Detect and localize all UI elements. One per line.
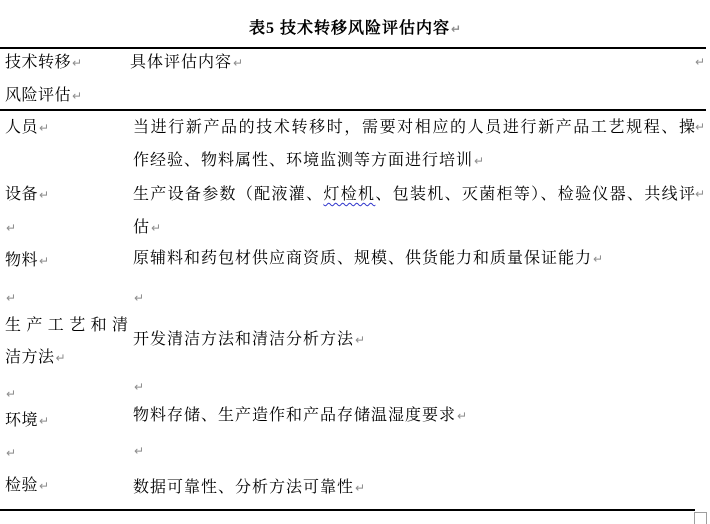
paragraph-mark: ↵ bbox=[39, 479, 49, 493]
table-header-border bbox=[0, 109, 706, 111]
end-of-row-mark: ↵ bbox=[695, 120, 705, 134]
table-top-border bbox=[0, 47, 706, 49]
row-content-personnel-line2: 作经验、物料属性、环境监测等方面进行培训↵ bbox=[133, 151, 484, 171]
empty-paragraph-col1: ↵ bbox=[5, 218, 16, 238]
row-content-environment: 物料存储、生产造作和产品存储温湿度要求↵ bbox=[133, 406, 467, 426]
header-col2-text: 具体评估内容 bbox=[130, 54, 232, 71]
paragraph-mark: ↵ bbox=[39, 121, 49, 135]
row-label-process-line2: 洁方法↵ bbox=[5, 348, 66, 368]
row-label-inspection: 检验↵ bbox=[5, 476, 49, 496]
row-content-equipment-line2: 估↵ bbox=[133, 218, 161, 238]
paragraph-mark: ↵ bbox=[457, 409, 467, 423]
paragraph-mark: ↵ bbox=[56, 351, 66, 365]
row-content-process: 开发清洁方法和清洁分析方法↵ bbox=[133, 330, 365, 350]
row-label-equipment: 设备↵ bbox=[5, 185, 49, 205]
paragraph-mark: ↵ bbox=[134, 444, 144, 458]
row-label-environment: 环境↵ bbox=[5, 411, 49, 431]
paragraph-mark: ↵ bbox=[355, 333, 365, 347]
paragraph-mark: ↵ bbox=[593, 252, 603, 266]
empty-paragraph-col1: ↵ bbox=[5, 384, 16, 404]
empty-paragraph-col1: ↵ bbox=[5, 288, 16, 308]
row-content-inspection: 数据可靠性、分析方法可靠性↵ bbox=[133, 478, 365, 498]
paragraph-mark: ↵ bbox=[72, 89, 82, 103]
paragraph-mark: ↵ bbox=[39, 414, 49, 428]
empty-paragraph-col1: ↵ bbox=[5, 443, 16, 463]
row-content-personnel-line1: 当进行新产品的技术转移时，需要对相应的人员进行新产品工艺规程、操 bbox=[133, 118, 695, 137]
table-bottom-border bbox=[0, 509, 695, 511]
paragraph-mark: ↵ bbox=[134, 380, 144, 394]
paragraph-mark: ↵ bbox=[6, 446, 16, 460]
paragraph-mark: ↵ bbox=[134, 291, 144, 305]
paragraph-mark: ↵ bbox=[233, 56, 243, 70]
table-title: 表5 技术转移风险评估内容↵ bbox=[0, 15, 710, 38]
header-col1-line2: 风险评估↵ bbox=[5, 86, 82, 106]
row-label-personnel: 人员↵ bbox=[5, 118, 49, 138]
table-resize-handle[interactable] bbox=[694, 512, 707, 524]
paragraph-mark: ↵ bbox=[355, 481, 365, 495]
paragraph-mark: ↵ bbox=[6, 221, 16, 235]
row-content-material: 原辅料和药包材供应商资质、规模、供货能力和质量保证能力↵ bbox=[133, 249, 603, 269]
paragraph-mark: ↵ bbox=[6, 387, 16, 401]
document-page: 表5 技术转移风险评估内容↵ 技术转移↵ 具体评估内容↵ ↵ 风险评估↵ 人员↵… bbox=[0, 0, 710, 524]
row-label-material: 物料↵ bbox=[5, 251, 49, 271]
paragraph-mark: ↵ bbox=[39, 188, 49, 202]
paragraph-mark: ↵ bbox=[6, 291, 16, 305]
empty-paragraph-col2: ↵ bbox=[133, 288, 144, 308]
row-label-process-line1: 生产工艺和清 bbox=[5, 316, 128, 335]
spellcheck-underlined-word: 灯检机 bbox=[323, 186, 375, 203]
end-of-row-mark: ↵ bbox=[695, 55, 705, 69]
paragraph-mark: ↵ bbox=[474, 154, 484, 168]
paragraph-mark: ↵ bbox=[451, 22, 461, 36]
end-of-row-mark: ↵ bbox=[695, 187, 705, 201]
header-col1-text: 技术转移 bbox=[5, 54, 71, 71]
table-title-text: 表5 技术转移风险评估内容 bbox=[249, 20, 450, 37]
header-col1-line1: 技术转移↵ bbox=[5, 53, 82, 73]
empty-paragraph-col2: ↵ bbox=[133, 377, 144, 397]
paragraph-mark: ↵ bbox=[39, 254, 49, 268]
paragraph-mark: ↵ bbox=[151, 221, 161, 235]
row-content-equipment-line1: 生产设备参数（配液灌、灯检机、包装机、灭菌柜等）、检验仪器、共线评 bbox=[133, 185, 695, 204]
paragraph-mark: ↵ bbox=[72, 56, 82, 70]
header-col2: 具体评估内容↵ bbox=[130, 53, 243, 73]
empty-paragraph-col2: ↵ bbox=[133, 441, 144, 461]
